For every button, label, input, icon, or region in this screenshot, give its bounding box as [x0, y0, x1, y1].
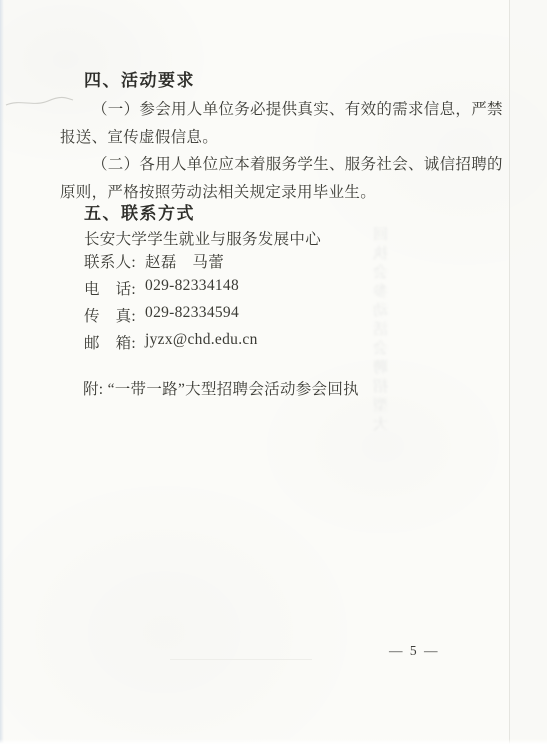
contact-email-value: jyzx@chd.edu.cn: [145, 331, 258, 353]
contact-organization: 长安大学学生就业与服务发展中心: [84, 227, 321, 249]
scan-bottom-edge: [0, 739, 547, 744]
scan-hairline-artifact: [4, 94, 76, 110]
activity-item2-line1: （二）各用人单位应本着服务学生、服务社会、诚信招聘的: [92, 152, 503, 174]
page-number: — 5 —: [389, 643, 440, 659]
contact-email-label: 邮 箱:: [84, 331, 136, 353]
attachment-note: 附: “一带一路”大型招聘会活动参会回执: [83, 377, 359, 399]
section-activity-heading: 四、活动要求: [84, 66, 195, 91]
contact-person-value: 赵磊 马蕾: [145, 250, 224, 272]
scanned-document-page: 回执会参动活会聘招型大 四、活动要求 （一）参会用人单位务必提供真实、有效的需求…: [0, 0, 547, 744]
contact-row-person: 联系人: 赵磊 马蕾: [84, 250, 224, 272]
bleedthrough-line: [170, 659, 312, 660]
contact-row-email: 邮 箱: jyzx@chd.edu.cn: [84, 331, 258, 353]
section-contact-heading: 五、联系方式: [84, 199, 195, 224]
contact-phone-value: 029-82334148: [145, 277, 239, 299]
paper-fold-line: [509, 0, 510, 744]
contact-person-label: 联系人:: [84, 250, 136, 272]
scan-left-edge: [0, 0, 4, 744]
contact-row-fax: 传 真: 029-82334594: [84, 304, 239, 326]
contact-row-phone: 电 话: 029-82334148: [84, 277, 239, 299]
bleedthrough-ghost-text: 回执会参动活会聘招型大: [371, 226, 392, 486]
activity-item1-line1: （一）参会用人单位务必提供真实、有效的需求信息，严禁: [92, 97, 503, 119]
scan-right-shade: [510, 0, 547, 744]
contact-fax-value: 029-82334594: [145, 304, 239, 326]
contact-fax-label: 传 真:: [84, 304, 136, 326]
activity-item1-line2: 报送、宣传虚假信息。: [60, 125, 218, 147]
contact-phone-label: 电 话:: [84, 277, 136, 299]
